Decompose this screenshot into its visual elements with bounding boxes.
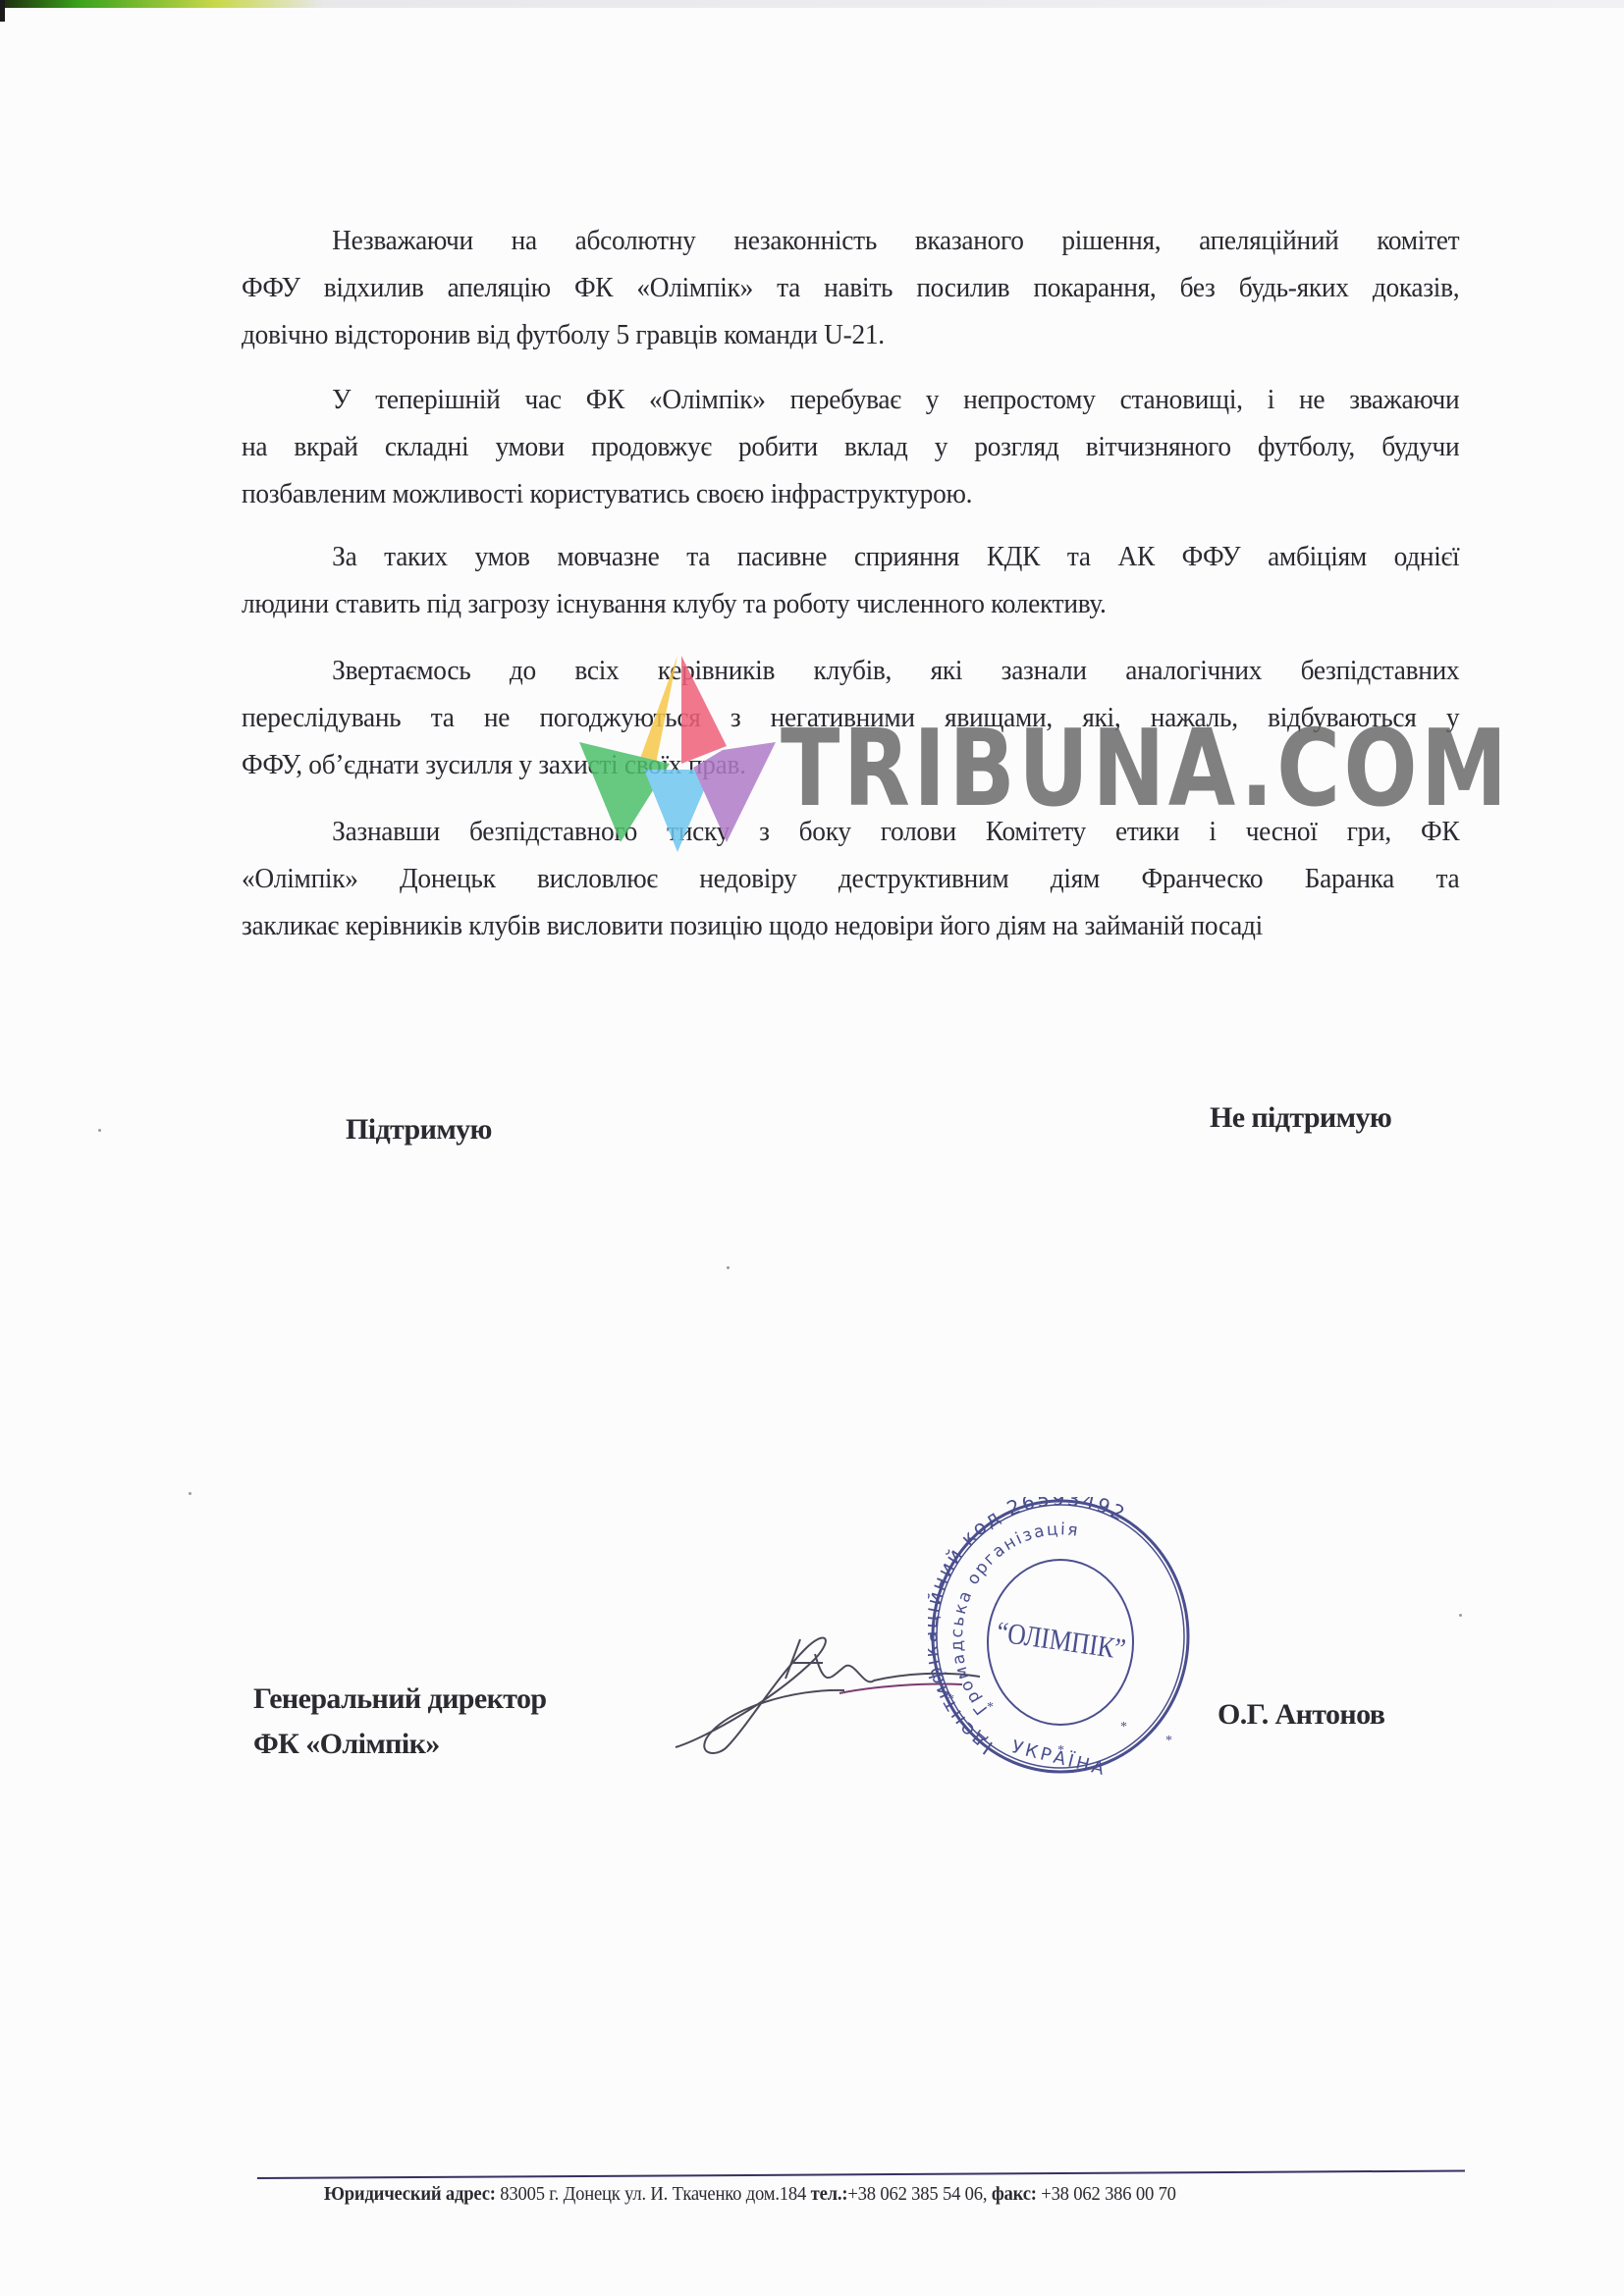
signatory-title: Генеральний директор ФК «Олімпік» <box>253 1677 547 1767</box>
paragraph-appeal-to-clubs: Звертаємось до всіх керівників клубів, я… <box>242 648 1459 789</box>
svg-text:*: * <box>1057 1743 1064 1758</box>
signatory-position: Генеральний директор <box>253 1677 547 1722</box>
paragraph-line: За таких умов мовчазне та пасивне сприян… <box>242 534 1459 581</box>
fax-value: +38 062 386 00 70 <box>1041 2183 1176 2205</box>
paragraph-line: позбавленим можливості користуватись сво… <box>242 471 1459 518</box>
svg-text:*: * <box>947 1692 954 1707</box>
paragraph-line: переслідувань та не погоджуються з негат… <box>242 695 1459 742</box>
paragraph-line: Зазнавши безпідставного тиску з боку гол… <box>242 809 1459 856</box>
paragraph-line: Незважаючи на абсолютну незаконність вка… <box>242 218 1459 265</box>
paragraph-distrust: Зазнавши безпідставного тиску з боку гол… <box>242 809 1459 950</box>
fax-label: факс: <box>992 2183 1037 2205</box>
svg-text:*: * <box>1120 1720 1127 1735</box>
footer-divider <box>257 2169 1465 2179</box>
svg-text:*: * <box>987 1700 994 1715</box>
scan-edge-corner <box>0 0 5 22</box>
address-value: 83005 г. Донецк ул. И. Ткаченко дом.184 <box>500 2183 806 2205</box>
scan-speck <box>727 1266 730 1269</box>
scan-speck <box>1459 1614 1462 1617</box>
paragraph-line: ФФУ, об’єднати зусилля у захисті своїх п… <box>242 742 1459 789</box>
paragraph-threat: За таких умов мовчазне та пасивне сприян… <box>242 534 1459 628</box>
organization-stamp-icon: Ідентифікаційний код 26593492 Громадська… <box>928 1497 1193 1777</box>
paragraph-appeal: Незважаючи на абсолютну незаконність вка… <box>242 218 1459 359</box>
paragraph-line: Звертаємось до всіх керівників клубів, я… <box>242 648 1459 695</box>
paragraph-line: на вкрай складні умови продовжує робити … <box>242 424 1459 471</box>
paragraph-line: людини ставить під загрозу існування клу… <box>242 581 1459 628</box>
phone-label: тел.: <box>811 2183 848 2205</box>
paragraph-line: довічно відсторонив від футболу 5 гравці… <box>242 312 1459 359</box>
paragraph-line: ФФУ відхилив апеляцію ФК «Олімпік» та на… <box>242 265 1459 312</box>
address-label: Юридический адрес: <box>324 2183 496 2205</box>
scan-edge <box>0 0 1624 8</box>
scan-speck <box>189 1492 191 1495</box>
stamp-center-text: “ОЛІМПІК” <box>995 1616 1127 1666</box>
vote-oppose-label: Не підтримую <box>1210 1101 1391 1135</box>
paragraph-line: закликає керівників клубів висловити поз… <box>242 903 1459 950</box>
scan-speck <box>98 1129 101 1132</box>
paragraph-current-situation: У теперішній час ФК «Олімпік» перебуває … <box>242 377 1459 518</box>
phone-value: +38 062 385 54 06, <box>847 2183 987 2205</box>
paragraph-line: «Олімпік» Донецьк висловлює недовіру дес… <box>242 856 1459 903</box>
vote-support-label: Підтримую <box>346 1113 492 1147</box>
footer-address: Юридический адрес: 83005 г. Донецк ул. И… <box>324 2183 1176 2206</box>
signatory-organization: ФК «Олімпік» <box>253 1722 547 1767</box>
signatory-name: О.Г. Антонов <box>1218 1698 1384 1732</box>
paragraph-line: У теперішній час ФК «Олімпік» перебуває … <box>242 377 1459 424</box>
svg-text:*: * <box>1165 1734 1172 1748</box>
